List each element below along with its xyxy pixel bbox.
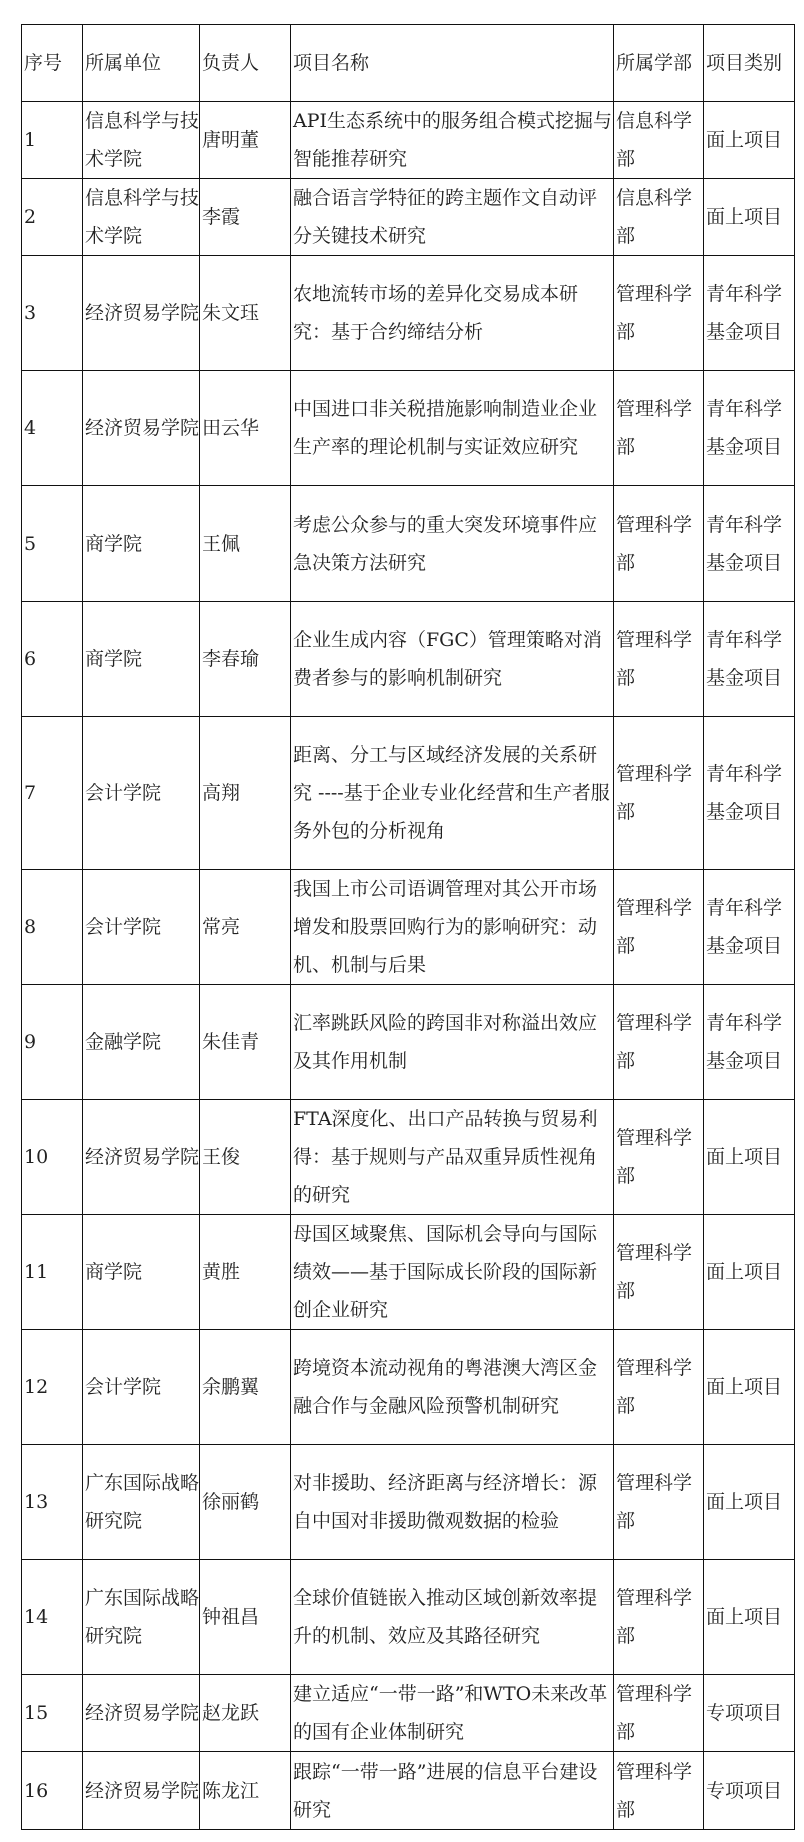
cell-dept: 管理科学部 [614, 1215, 704, 1330]
cell-no: 13 [22, 1445, 83, 1560]
table-row: 1信息科学与技术学院唐明董API生态系统中的服务组合模式挖掘与智能推荐研究信息科… [22, 102, 795, 179]
cell-no: 14 [22, 1560, 83, 1675]
cell-no: 3 [22, 256, 83, 371]
cell-leader: 王佩 [200, 486, 291, 602]
table-row: 13广东国际战略研究院徐丽鹤对非援助、经济距离与经济增长：源自中国对非援助微观数… [22, 1445, 795, 1560]
cell-no: 4 [22, 371, 83, 486]
cell-type: 面上项目 [704, 1445, 795, 1560]
cell-leader: 陈龙江 [200, 1752, 291, 1830]
cell-dept: 管理科学部 [614, 1752, 704, 1830]
table-row: 12会计学院余鹏翼跨境资本流动视角的粤港澳大湾区金融合作与金融风险预警机制研究管… [22, 1330, 795, 1445]
cell-no: 7 [22, 717, 83, 870]
cell-unit: 会计学院 [83, 717, 200, 870]
cell-dept: 管理科学部 [614, 1330, 704, 1445]
cell-title: 跨境资本流动视角的粤港澳大湾区金融合作与金融风险预警机制研究 [291, 1330, 614, 1445]
table-row: 11商学院黄胜母国区域聚焦、国际机会导向与国际绩效——基于国际成长阶段的国际新创… [22, 1215, 795, 1330]
cell-leader: 钟祖昌 [200, 1560, 291, 1675]
cell-unit: 经济贸易学院 [83, 1675, 200, 1752]
cell-type: 专项项目 [704, 1752, 795, 1830]
cell-unit: 会计学院 [83, 870, 200, 985]
cell-type: 面上项目 [704, 1100, 795, 1215]
table-row: 10经济贸易学院王俊FTA深度化、出口产品转换与贸易利得：基于规则与产品双重异质… [22, 1100, 795, 1215]
cell-unit: 商学院 [83, 486, 200, 602]
cell-type: 青年科学基金项目 [704, 985, 795, 1100]
cell-leader: 田云华 [200, 371, 291, 486]
cell-dept: 管理科学部 [614, 371, 704, 486]
cell-title: 农地流转市场的差异化交易成本研究：基于合约缔结分析 [291, 256, 614, 371]
cell-leader: 高翔 [200, 717, 291, 870]
table-row: 2信息科学与技术学院李霞融合语言学特征的跨主题作文自动评分关键技术研究信息科学部… [22, 179, 795, 256]
cell-leader: 朱文珏 [200, 256, 291, 371]
header-unit: 所属单位 [83, 25, 200, 102]
cell-no: 6 [22, 602, 83, 717]
cell-title: 建立适应“一带一路”和WTO未来改革的国有企业体制研究 [291, 1675, 614, 1752]
cell-title: 全球价值链嵌入推动区域创新效率提升的机制、效应及其路径研究 [291, 1560, 614, 1675]
header-row: 序号 所属单位 负责人 项目名称 所属学部 项目类别 [22, 25, 795, 102]
cell-unit: 广东国际战略研究院 [83, 1560, 200, 1675]
cell-leader: 赵龙跃 [200, 1675, 291, 1752]
table-row: 3经济贸易学院朱文珏农地流转市场的差异化交易成本研究：基于合约缔结分析管理科学部… [22, 256, 795, 371]
cell-unit: 信息科学与技术学院 [83, 102, 200, 179]
cell-type: 青年科学基金项目 [704, 602, 795, 717]
cell-title: API生态系统中的服务组合模式挖掘与智能推荐研究 [291, 102, 614, 179]
cell-unit: 广东国际战略研究院 [83, 1445, 200, 1560]
cell-dept: 管理科学部 [614, 602, 704, 717]
cell-unit: 会计学院 [83, 1330, 200, 1445]
cell-leader: 李春瑜 [200, 602, 291, 717]
cell-dept: 管理科学部 [614, 985, 704, 1100]
cell-no: 8 [22, 870, 83, 985]
projects-table: 序号 所属单位 负责人 项目名称 所属学部 项目类别 1信息科学与技术学院唐明董… [21, 24, 795, 1830]
cell-title: 我国上市公司语调管理对其公开市场增发和股票回购行为的影响研究：动机、机制与后果 [291, 870, 614, 985]
cell-unit: 商学院 [83, 602, 200, 717]
cell-unit: 金融学院 [83, 985, 200, 1100]
cell-unit: 经济贸易学院 [83, 371, 200, 486]
cell-type: 面上项目 [704, 1215, 795, 1330]
header-dept: 所属学部 [614, 25, 704, 102]
table-row: 6商学院李春瑜企业生成内容（FGC）管理策略对消费者参与的影响机制研究管理科学部… [22, 602, 795, 717]
cell-type: 青年科学基金项目 [704, 371, 795, 486]
cell-title: FTA深度化、出口产品转换与贸易利得：基于规则与产品双重异质性视角的研究 [291, 1100, 614, 1215]
cell-type: 面上项目 [704, 1560, 795, 1675]
cell-dept: 管理科学部 [614, 1560, 704, 1675]
table-row: 9金融学院朱佳青汇率跳跃风险的跨国非对称溢出效应及其作用机制管理科学部青年科学基… [22, 985, 795, 1100]
cell-leader: 王俊 [200, 1100, 291, 1215]
cell-dept: 信息科学部 [614, 102, 704, 179]
cell-no: 11 [22, 1215, 83, 1330]
cell-no: 12 [22, 1330, 83, 1445]
cell-unit: 经济贸易学院 [83, 1100, 200, 1215]
cell-type: 青年科学基金项目 [704, 256, 795, 371]
cell-type: 专项项目 [704, 1675, 795, 1752]
cell-no: 15 [22, 1675, 83, 1752]
cell-unit: 经济贸易学院 [83, 256, 200, 371]
cell-no: 2 [22, 179, 83, 256]
cell-leader: 余鹏翼 [200, 1330, 291, 1445]
cell-leader: 李霞 [200, 179, 291, 256]
cell-no: 10 [22, 1100, 83, 1215]
table-row: 5商学院王佩考虑公众参与的重大突发环境事件应急决策方法研究管理科学部青年科学基金… [22, 486, 795, 602]
cell-type: 青年科学基金项目 [704, 717, 795, 870]
cell-dept: 管理科学部 [614, 256, 704, 371]
cell-title: 对非援助、经济距离与经济增长：源自中国对非援助微观数据的检验 [291, 1445, 614, 1560]
header-no: 序号 [22, 25, 83, 102]
cell-title: 考虑公众参与的重大突发环境事件应急决策方法研究 [291, 486, 614, 602]
table-row: 4经济贸易学院田云华中国进口非关税措施影响制造业企业生产率的理论机制与实证效应研… [22, 371, 795, 486]
table-row: 14广东国际战略研究院钟祖昌全球价值链嵌入推动区域创新效率提升的机制、效应及其路… [22, 1560, 795, 1675]
cell-type: 面上项目 [704, 1330, 795, 1445]
cell-leader: 朱佳青 [200, 985, 291, 1100]
cell-no: 1 [22, 102, 83, 179]
cell-type: 面上项目 [704, 102, 795, 179]
header-title: 项目名称 [291, 25, 614, 102]
cell-leader: 徐丽鹤 [200, 1445, 291, 1560]
table-row: 16经济贸易学院陈龙江跟踪“一带一路”进展的信息平台建设研究管理科学部专项项目 [22, 1752, 795, 1830]
cell-title: 中国进口非关税措施影响制造业企业生产率的理论机制与实证效应研究 [291, 371, 614, 486]
cell-dept: 管理科学部 [614, 1675, 704, 1752]
cell-no: 5 [22, 486, 83, 602]
cell-dept: 信息科学部 [614, 179, 704, 256]
cell-dept: 管理科学部 [614, 1445, 704, 1560]
cell-type: 面上项目 [704, 179, 795, 256]
cell-title: 跟踪“一带一路”进展的信息平台建设研究 [291, 1752, 614, 1830]
cell-dept: 管理科学部 [614, 1100, 704, 1215]
cell-title: 融合语言学特征的跨主题作文自动评分关键技术研究 [291, 179, 614, 256]
table-row: 7会计学院高翔距离、分工与区域经济发展的关系研究 ----基于企业专业化经营和生… [22, 717, 795, 870]
cell-dept: 管理科学部 [614, 486, 704, 602]
cell-unit: 商学院 [83, 1215, 200, 1330]
cell-leader: 常亮 [200, 870, 291, 985]
cell-title: 企业生成内容（FGC）管理策略对消费者参与的影响机制研究 [291, 602, 614, 717]
cell-leader: 唐明董 [200, 102, 291, 179]
cell-title: 母国区域聚焦、国际机会导向与国际绩效——基于国际成长阶段的国际新创企业研究 [291, 1215, 614, 1330]
cell-title: 汇率跳跃风险的跨国非对称溢出效应及其作用机制 [291, 985, 614, 1100]
cell-no: 16 [22, 1752, 83, 1830]
table-row: 15经济贸易学院赵龙跃建立适应“一带一路”和WTO未来改革的国有企业体制研究管理… [22, 1675, 795, 1752]
table-row: 8会计学院常亮我国上市公司语调管理对其公开市场增发和股票回购行为的影响研究：动机… [22, 870, 795, 985]
cell-no: 9 [22, 985, 83, 1100]
cell-dept: 管理科学部 [614, 870, 704, 985]
cell-type: 青年科学基金项目 [704, 486, 795, 602]
cell-leader: 黄胜 [200, 1215, 291, 1330]
cell-unit: 经济贸易学院 [83, 1752, 200, 1830]
cell-unit: 信息科学与技术学院 [83, 179, 200, 256]
header-leader: 负责人 [200, 25, 291, 102]
header-type: 项目类别 [704, 25, 795, 102]
cell-title: 距离、分工与区域经济发展的关系研究 ----基于企业专业化经营和生产者服务外包的… [291, 717, 614, 870]
cell-type: 青年科学基金项目 [704, 870, 795, 985]
cell-dept: 管理科学部 [614, 717, 704, 870]
